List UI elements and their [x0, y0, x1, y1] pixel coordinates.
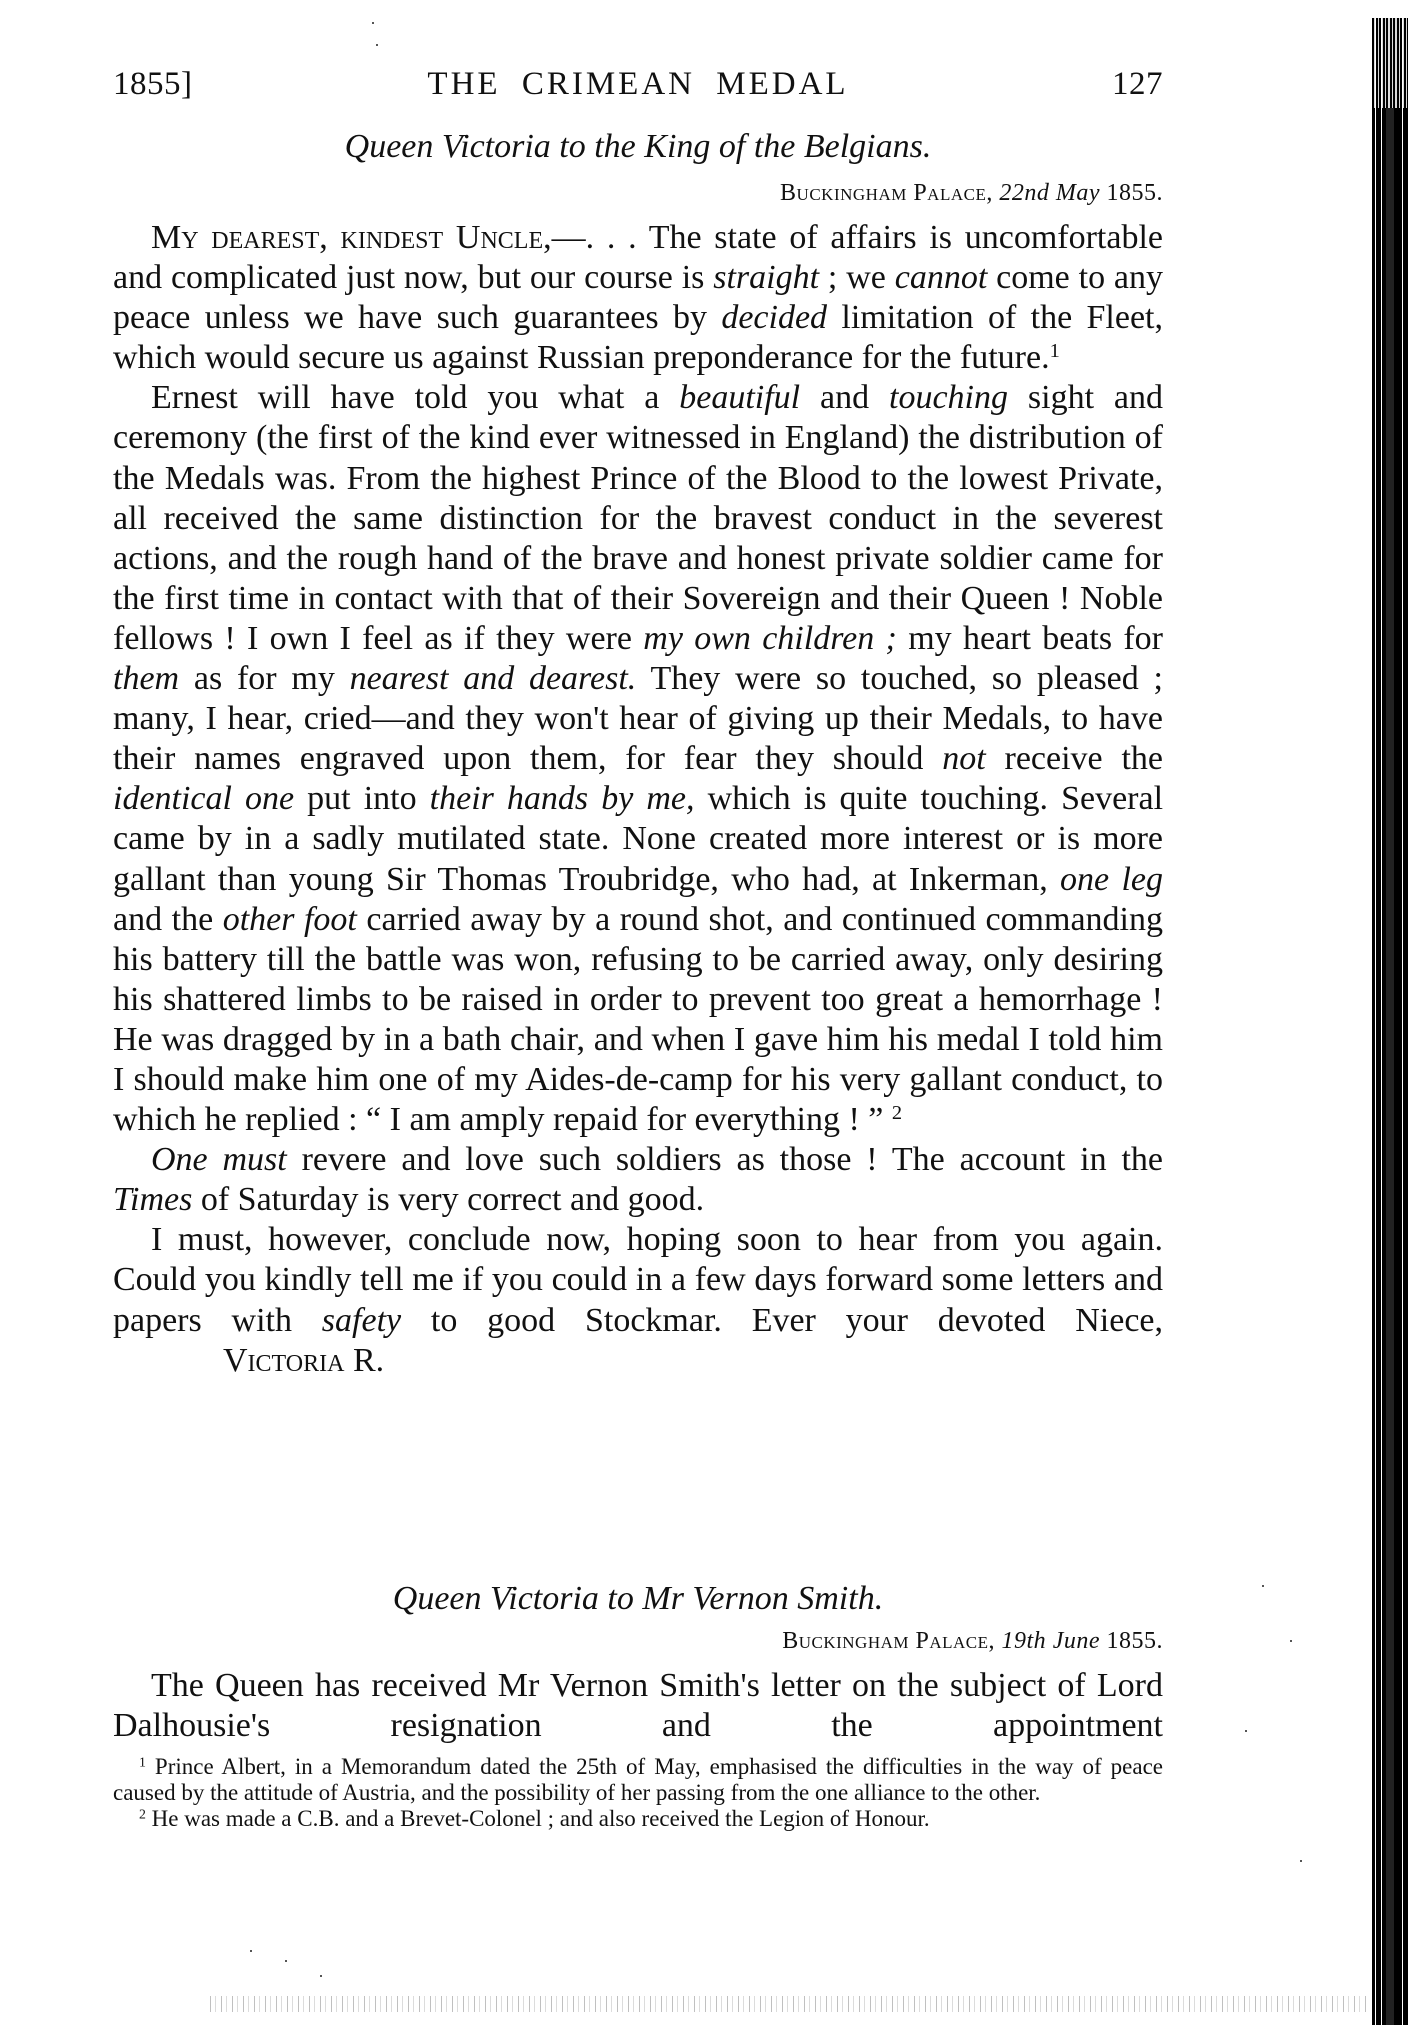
- text: revere and love such soldiers as those !…: [287, 1141, 1163, 1178]
- scan-speck: [372, 22, 374, 24]
- scan-noise-strip: [210, 1996, 1370, 2012]
- footnote-text: Prince Albert, in a Memorandum dated the…: [113, 1754, 1163, 1805]
- scan-speck: [320, 1975, 322, 1977]
- scan-speck: [1245, 1730, 1247, 1732]
- emphasis: nearest and dearest.: [350, 660, 637, 697]
- footnotes: 1 Prince Albert, in a Memorandum dated t…: [113, 1754, 1163, 1832]
- text: put into: [294, 780, 430, 817]
- page-number: 127: [1112, 66, 1163, 103]
- dateline-place: Buckingham Palace,: [782, 1628, 995, 1654]
- emphasis: beautiful: [679, 379, 800, 416]
- paragraph: The Queen has received Mr Vernon Smith's…: [113, 1666, 1163, 1746]
- text: my heart beats for: [897, 620, 1163, 657]
- dateline-day: 19th: [1002, 1628, 1047, 1654]
- text: as for my: [179, 660, 350, 697]
- text: and the: [113, 901, 223, 938]
- paragraph: One must revere and love such soldiers a…: [113, 1140, 1163, 1220]
- footnote-2: 2 He was made a C.B. and a Brevet-Colone…: [113, 1806, 1163, 1832]
- dateline-year: 1855.: [1107, 1628, 1164, 1654]
- emphasis: not: [942, 740, 985, 777]
- letter-2-dateline: Buckingham Palace, 19th June 1855.: [113, 1628, 1187, 1655]
- running-head-title: THE CRIMEAN MEDAL: [113, 66, 1163, 103]
- book-binding-edge: [1372, 18, 1408, 2025]
- text: Ernest will have told you what a: [151, 379, 679, 416]
- emphasis: identical one: [113, 780, 294, 817]
- paragraph: My dearest, kindest Uncle,—. . . The sta…: [113, 218, 1163, 378]
- letter-2-heading: Queen Victoria to Mr Vernon Smith.: [113, 1580, 1163, 1618]
- letter-1-body: My dearest, kindest Uncle,—. . . The sta…: [113, 218, 1163, 1381]
- text: and: [800, 379, 889, 416]
- footnote-ref-1[interactable]: 1: [1050, 340, 1060, 362]
- dateline-day: 22nd: [999, 180, 1049, 206]
- book-page: 1855] THE CRIMEAN MEDAL 127 Queen Victor…: [0, 0, 1422, 2025]
- scan-speck: [1300, 1860, 1302, 1862]
- emphasis: cannot: [895, 259, 988, 296]
- letter-2-body: The Queen has received Mr Vernon Smith's…: [113, 1666, 1163, 1746]
- book-binding-edge-top: [1372, 18, 1408, 108]
- text: sight and ceremony (the first of the kin…: [113, 379, 1163, 657]
- salutation: My dearest, kindest Uncle,: [151, 219, 552, 256]
- footnote-marker: 2: [139, 1806, 146, 1821]
- emphasis: One must: [151, 1141, 287, 1178]
- footnote-marker: 1: [139, 1754, 146, 1769]
- text: of Saturday is very correct and good.: [192, 1181, 704, 1218]
- scan-speck: [250, 1950, 252, 1952]
- emphasis: Times: [113, 1181, 192, 1218]
- signature: Victoria R.: [185, 1341, 384, 1381]
- footnote-1: 1 Prince Albert, in a Memorandum dated t…: [113, 1754, 1163, 1806]
- text: The Queen has received Mr Vernon Smith's…: [113, 1667, 1163, 1744]
- letter-1-heading: Queen Victoria to the King of the Belgia…: [113, 128, 1163, 166]
- letter-1-dateline: Buckingham Palace, 22nd May 1855.: [113, 180, 1187, 207]
- emphasis: them: [113, 660, 179, 697]
- emphasis: other foot: [223, 901, 357, 938]
- paragraph: Ernest will have told you what a beautif…: [113, 378, 1163, 1140]
- emphasis: straight: [713, 259, 819, 296]
- running-head: 1855] THE CRIMEAN MEDAL 127: [113, 66, 1163, 110]
- emphasis: their hands by me,: [430, 780, 695, 817]
- text: ; we: [819, 259, 895, 296]
- dateline-year: 1855.: [1107, 180, 1164, 206]
- footnote-ref-2[interactable]: 2: [892, 1102, 902, 1124]
- emphasis: safety: [322, 1302, 401, 1339]
- scan-speck: [376, 44, 378, 46]
- emphasis: one leg: [1060, 861, 1163, 898]
- running-head-year: 1855]: [113, 66, 193, 103]
- emphasis: touching: [889, 379, 1008, 416]
- scan-speck: [285, 1960, 287, 1962]
- scan-speck: [1262, 1585, 1264, 1587]
- dateline-place: Buckingham Palace,: [780, 180, 993, 206]
- emphasis: my own children ;: [643, 620, 897, 657]
- scan-speck: [1290, 1640, 1292, 1642]
- emphasis: decided: [721, 299, 827, 336]
- text: to good Stockmar. Ever your devoted Niec…: [401, 1302, 1163, 1339]
- dateline-month: June: [1053, 1628, 1100, 1654]
- footnote-text: He was made a C.B. and a Brevet-Colonel …: [152, 1806, 930, 1831]
- text: receive the: [986, 740, 1163, 777]
- dateline-month: May: [1056, 180, 1100, 206]
- paragraph: I must, however, conclude now, hoping so…: [113, 1220, 1163, 1380]
